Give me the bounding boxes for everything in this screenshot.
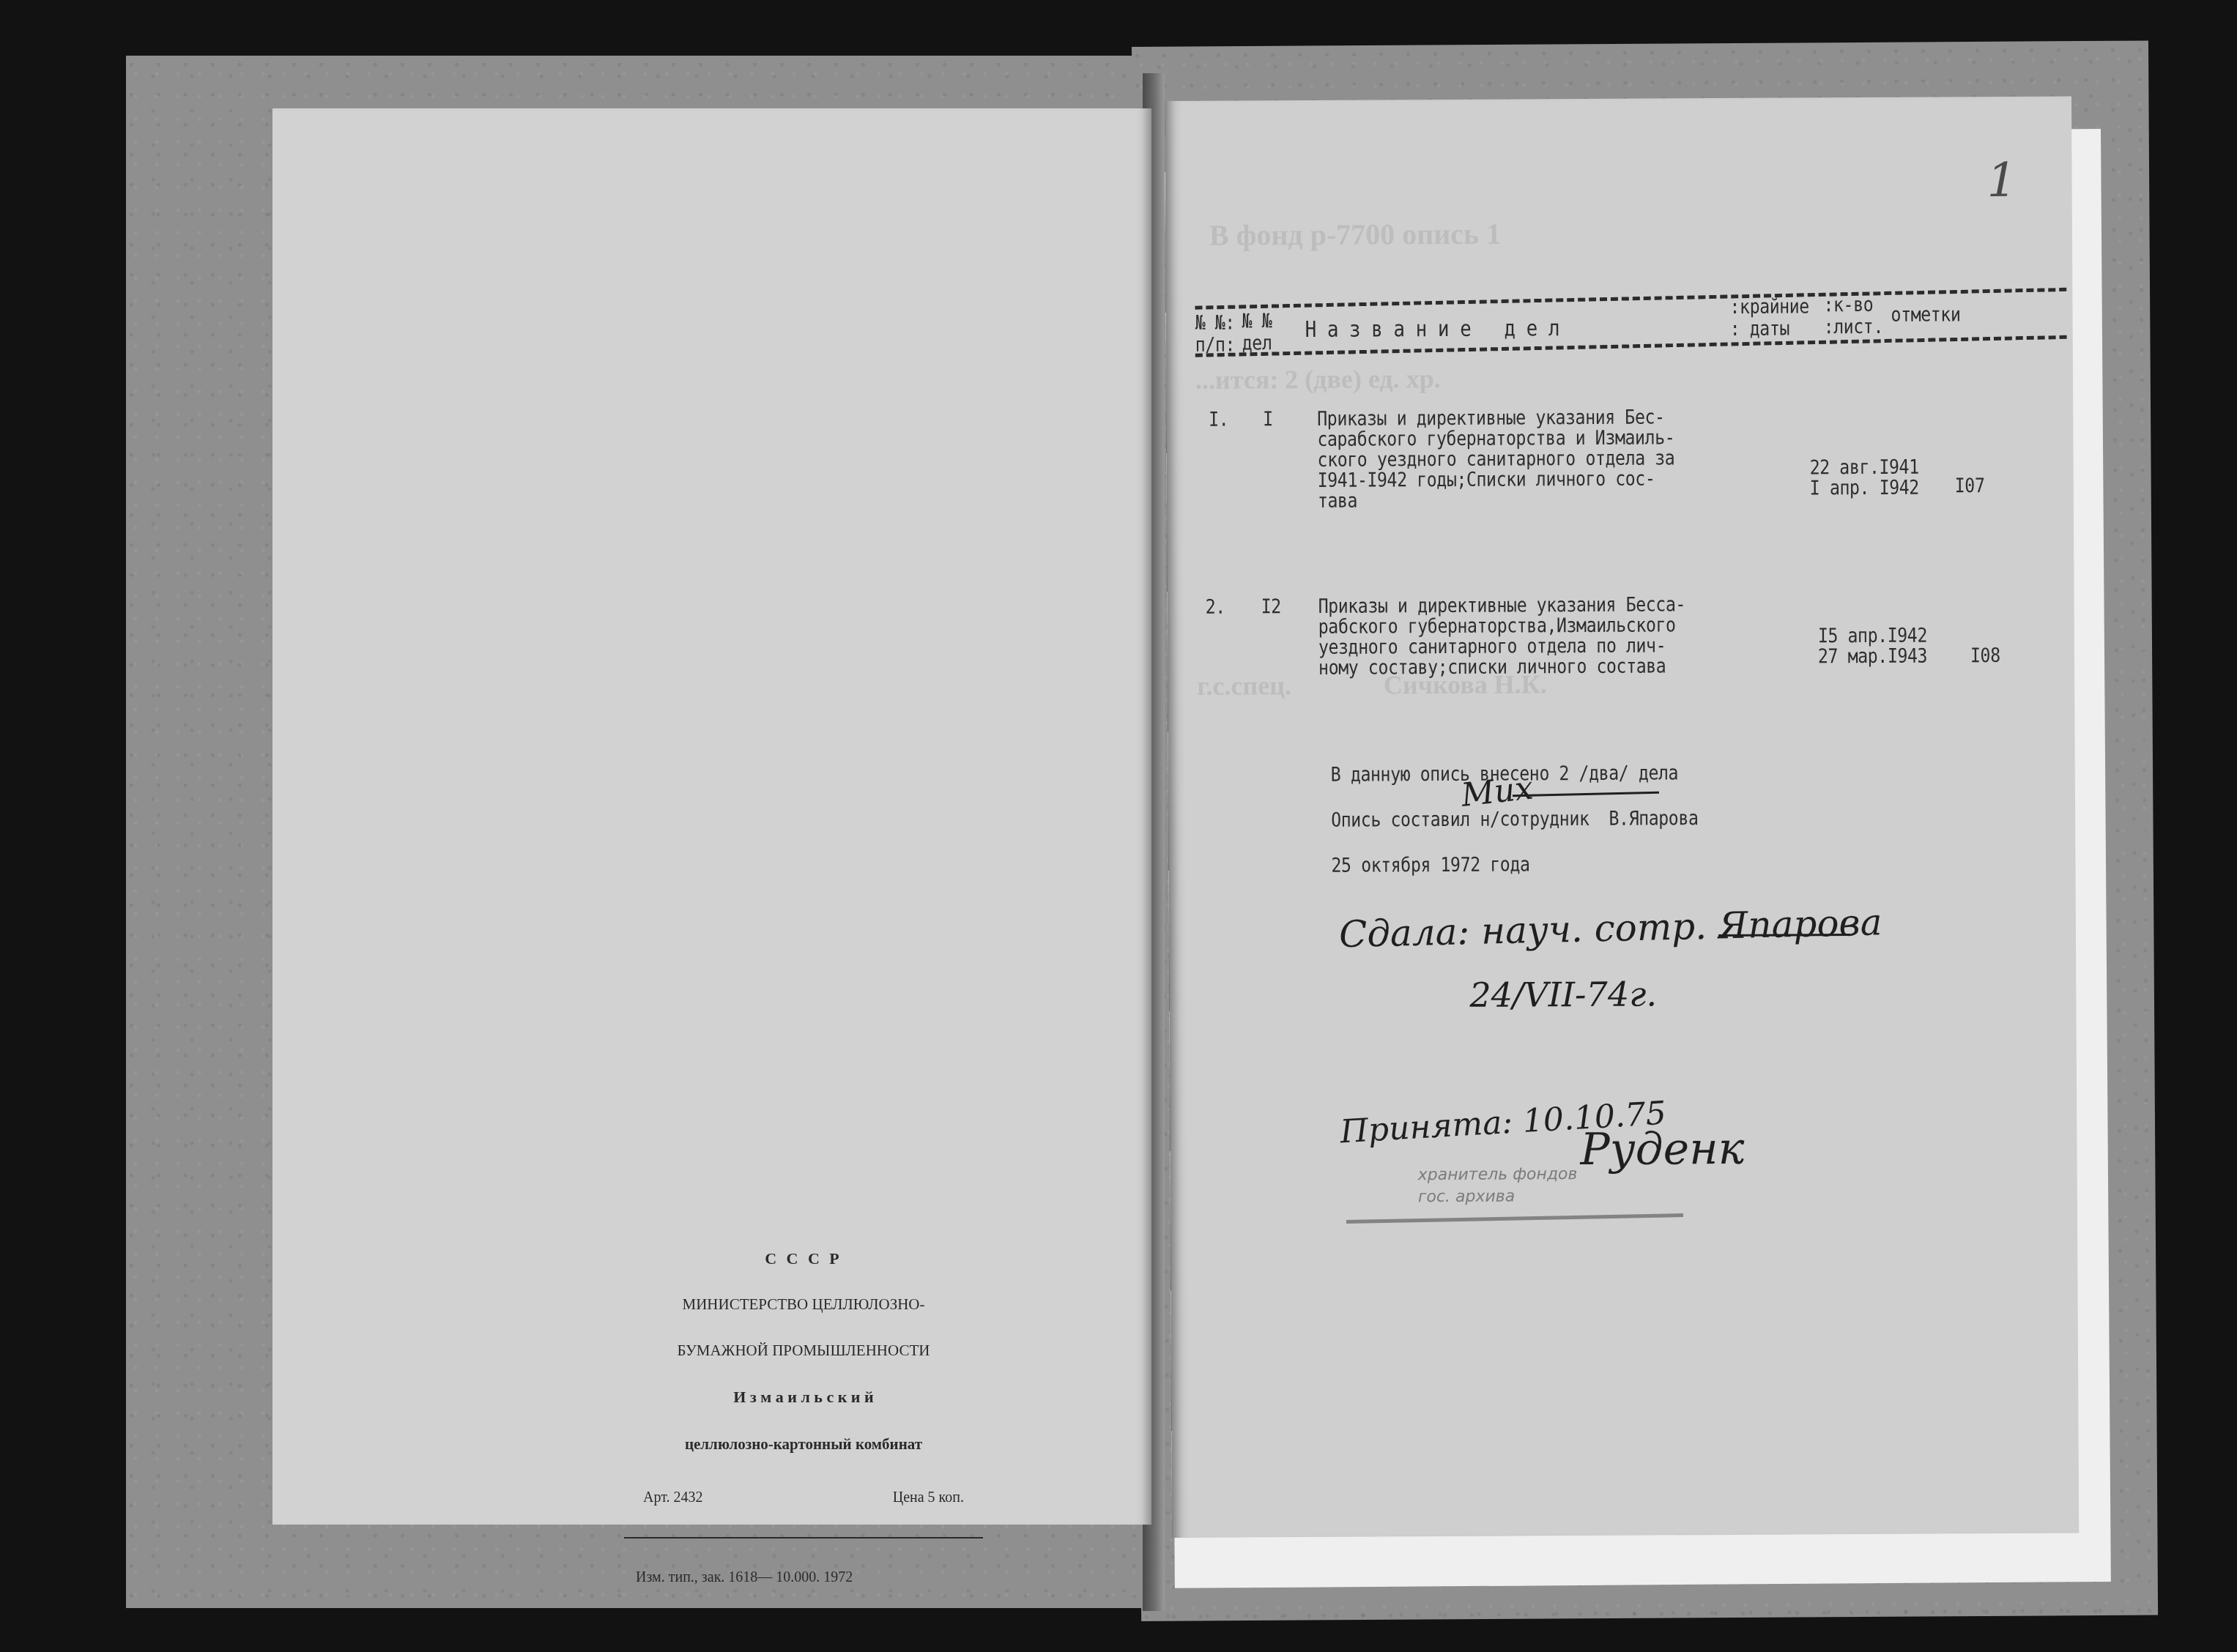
row-date-end: 27 мар.I943 (1818, 645, 1927, 669)
imprint-ministry-1: МИНИСТЕРСТВО ЦЕЛЛЮЛОЗНО- (631, 1295, 976, 1314)
imprint-ministry-2: БУМАЖНОЙ ПРОМЫШЛЕННОСТИ (631, 1341, 976, 1361)
bleed-through-count: ...ится: 2 (две) ед. хр. (1195, 363, 1441, 395)
header-sheets-top: :к-во (1823, 294, 1873, 316)
signature-underline (1513, 792, 1659, 797)
bleed-through-fond: В фонд р-7700 опись 1 (1209, 217, 1501, 253)
publisher-imprint: С С С Р МИНИСТЕРСТВО ЦЕЛЛЮЛОЗНО- БУМАЖНО… (631, 1223, 976, 1612)
row-date-end: I апр. I942 (1810, 477, 1919, 500)
row-seq: I. (1209, 409, 1228, 431)
row-case-no: I2 (1261, 595, 1281, 618)
table-row: I. I Приказы и директивные указания Бес-… (1166, 404, 2074, 533)
header-notes: отметки (1891, 303, 1960, 326)
compiled-date: 25 октября 1972 года (1331, 853, 1529, 877)
imprint-article: Арт. 2432 (643, 1489, 702, 1506)
row-case-no: I (1263, 408, 1273, 431)
header-case-top: № № (1242, 310, 1272, 332)
header-seq-bottom: п/п: (1195, 334, 1235, 357)
left-inner-page: С С С Р МИНИСТЕРСТВО ЦЕЛЛЮЛОЗНО- БУМАЖНО… (272, 108, 1151, 1525)
row-date-start: I5 апр.I942 (1818, 625, 1927, 648)
row-sheets: I08 (1970, 644, 2000, 667)
imprint-print-info: Изм. тип., зак. 1618— 10.000. 1972 (631, 1569, 976, 1586)
header-dates-bottom: : даты (1730, 318, 1789, 341)
handover-note: Сдала: науч. сотр. Япарова (1338, 901, 1882, 956)
imprint-plant: целлюлозно-картонный комбинат (631, 1434, 976, 1454)
row-sheets: I07 (1955, 475, 1985, 497)
archive-stamp-line1: хранитель фондов (1418, 1165, 1578, 1184)
header-case-bottom: дел (1242, 332, 1272, 354)
row-title-line: тава (1318, 490, 1357, 513)
archive-stamp-line2: гос. архива (1418, 1188, 1515, 1207)
right-inventory-page: В фонд р-7700 опись 1 ...ится: 2 (две) е… (1165, 97, 2079, 1538)
archivist-signature: Руденк (1580, 1123, 1744, 1175)
compiler-signature: Мих (1459, 769, 1535, 814)
archive-stamp-rule (1346, 1213, 1683, 1224)
header-seq-top: № №: (1195, 312, 1235, 335)
row-title-line: I941-I942 годы;Списки личного сос- (1318, 468, 1655, 492)
imprint-rule (624, 1537, 983, 1538)
folio-number: 1 (1986, 154, 2017, 208)
row-date-start: 22 авг.I941 (1810, 456, 1919, 480)
row-title-line: ному составу;списки личного состава (1318, 655, 1666, 679)
header-dates-top: :крайние (1729, 295, 1809, 319)
handover-date: 24/VII-74г. (1469, 974, 1657, 1014)
header-sheets-bottom: :лист. (1824, 316, 1883, 338)
compiled-by: Опись составил н/сотрудник В.Япарова (1331, 807, 1698, 832)
imprint-ussr: С С С Р (631, 1249, 976, 1268)
table-row: 2. I2 Приказы и директивные указания Бес… (1168, 592, 2075, 699)
header-title: Н а з в а н и е д е л (1305, 317, 1560, 341)
imprint-city: И з м а и л ь с к и й (631, 1387, 976, 1407)
imprint-price: Цена 5 коп. (893, 1489, 964, 1506)
row-seq: 2. (1206, 596, 1225, 619)
